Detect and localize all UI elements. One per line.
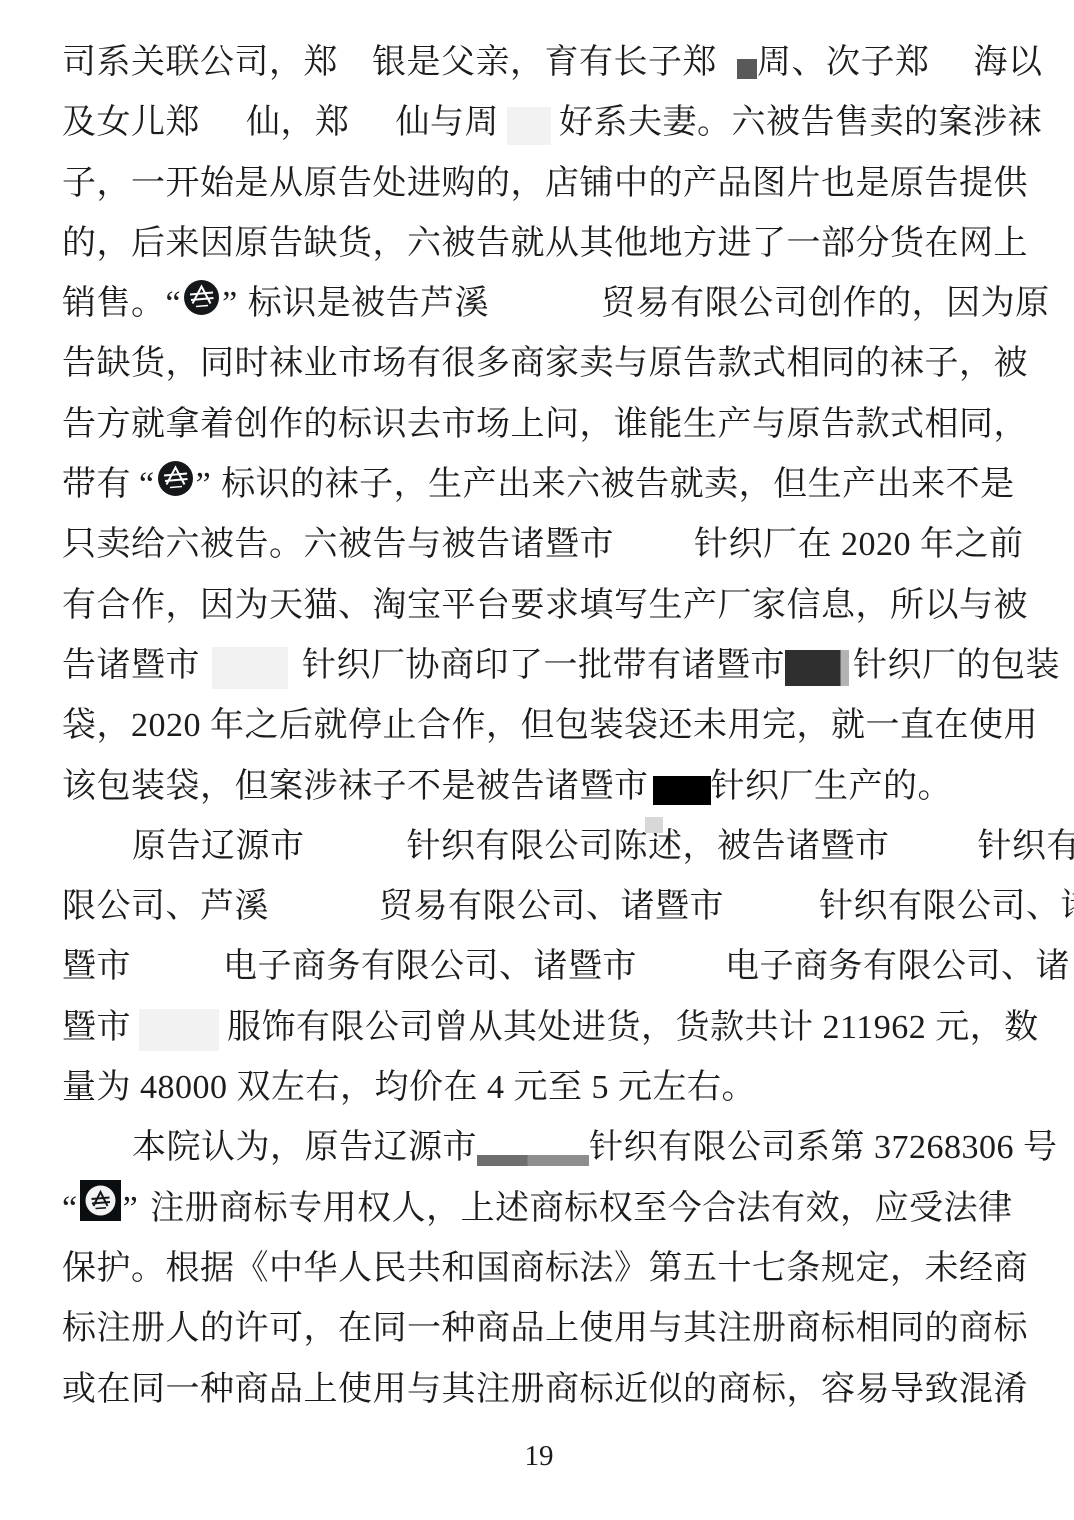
page-number: 19: [62, 1440, 1016, 1473]
redacted-name-gap: [338, 72, 372, 73]
text-segment: 标注册人的许可，在同一种商品上使用与其注册商标相同的商标: [62, 1310, 1028, 1347]
redacted-name-gap: [238, 313, 248, 314]
redacted-name-gap: [637, 976, 725, 977]
text-segment: 海以: [974, 44, 1043, 81]
text-segment: 的，后来因原告缺货，六被告就从其他地方进了一部分货在网上: [62, 225, 1028, 262]
redacted-name-gap: [131, 976, 223, 977]
redacted-name-gap: [200, 132, 246, 133]
text-line: 带有“ ”标识的袜子，生产出来六被告就卖，但生产出来不是: [62, 455, 1016, 515]
redacted-name-gap: [499, 132, 507, 133]
text-line: 只卖给六被告。六被告与被告诸暨市针织厂在 2020 年之前: [62, 515, 1016, 575]
paragraph-indent: [62, 1157, 132, 1158]
redacted-name-gap: [269, 916, 379, 917]
text-segment: 量为 48000 双左右，均价在 4 元至 5 元左右。: [62, 1069, 756, 1106]
trademark-logo-square-icon: [80, 1180, 121, 1241]
redacted-name-gap: [930, 72, 974, 73]
redacted-name-gap: [890, 856, 978, 857]
text-line: 暨市电子商务有限公司、诸暨市电子商务有限公司、诸: [62, 937, 1016, 997]
redacted-name-gap: [131, 1037, 139, 1038]
text-segment: 告诸暨市: [62, 647, 200, 684]
text-line: 有合作，因为天猫、淘宝平台要求填写生产厂家信息，所以与被: [62, 576, 1016, 636]
text-segment: 司系关联公司，郑: [62, 44, 338, 81]
redacted-name-gap: [350, 132, 396, 133]
redacted-name-gap: [724, 916, 819, 917]
text-segment: 针织厂生产的。: [711, 768, 953, 805]
text-line: “ ”注册商标专用权人，上述商标权至今合法有效，应受法律: [62, 1179, 1016, 1239]
text-segment: 该包装袋，但案涉袜子不是被告诸暨市: [62, 768, 649, 805]
text-segment: “: [62, 1190, 78, 1227]
text-segment: 电子商务有限公司、诸: [725, 948, 1070, 985]
text-line: 限公司、芦溪贸易有限公司、诸暨市针织有限公司、诸: [62, 877, 1016, 937]
text-segment: 针织有限公司陈述，被告诸暨市: [407, 828, 890, 865]
redacted-name-gap: [717, 72, 737, 73]
redacted-name-gap: [305, 856, 407, 857]
document-body: 司系关联公司，郑银是父亲，育有长子郑周、次子郑海以及女儿郑仙，郑仙与周好系夫妻。…: [62, 33, 1016, 1420]
redacted-name-gap: [489, 313, 601, 314]
text-segment: 针织厂的包装: [853, 647, 1060, 684]
text-line: 或在同一种商品上使用与其注册商标近似的商标，容易导致混淆: [62, 1360, 1016, 1420]
text-segment: 告方就拿着创作的标识去市场上问，谁能生产与原告款式相同，: [62, 406, 1028, 443]
text-segment: 标识是被告芦溪: [248, 285, 490, 322]
text-segment: 服饰有限公司曾从其处进货，货款共计 211962 元，数: [227, 1009, 1039, 1046]
text-line: 销售。“ ”标识是被告芦溪贸易有限公司创作的，因为原: [62, 274, 1016, 334]
text-segment: 原告辽源市: [132, 828, 305, 865]
text-line: 告诸暨市针织厂协商印了一批带有诸暨市针织厂的包装: [62, 636, 1016, 696]
text-line: 保护。根据《中华人民共和国商标法》第五十七条规定，未经商: [62, 1239, 1016, 1299]
text-segment: 暨市: [62, 948, 131, 985]
text-segment: 周、次子郑: [757, 44, 930, 81]
text-segment: 好系夫妻。六被告售卖的案涉袜: [559, 104, 1042, 141]
text-segment: 有合作，因为天猫、淘宝平台要求填写生产厂家信息，所以与被: [62, 587, 1028, 624]
text-segment: 保护。根据《中华人民共和国商标法》第五十七条规定，未经商: [62, 1250, 1028, 1287]
text-line: 标注册人的许可，在同一种商品上使用与其注册商标相同的商标: [62, 1299, 1016, 1359]
text-line: 暨市服饰有限公司曾从其处进货，货款共计 211962 元，数: [62, 998, 1016, 1058]
text-segment: 本院认为，原告辽源市: [132, 1129, 477, 1166]
text-line: 该包装袋，但案涉袜子不是被告诸暨市针织厂生产的。: [62, 757, 1016, 817]
redaction-black: [653, 776, 711, 805]
text-segment: 针织有: [978, 828, 1074, 865]
redaction-block: [139, 1009, 219, 1051]
text-line: 原告辽源市针织有限公司陈述，被告诸暨市针织有: [62, 817, 1016, 877]
text-line: 本院认为，原告辽源市针织有限公司系第 37268306 号: [62, 1118, 1016, 1178]
text-segment: ”: [222, 285, 238, 322]
text-segment: 注册商标专用权人，上述商标权至今合法有效，应受法律: [150, 1190, 1013, 1227]
trademark-logo-circle-icon: [183, 276, 220, 336]
text-segment: 银是父亲，育有长子郑: [372, 44, 717, 81]
text-line: 袋，2020 年之后就停止合作，但包装袋还未用完，就一直在使用: [62, 696, 1016, 756]
text-segment: 带有: [62, 466, 131, 503]
text-segment: 告缺货，同时袜业市场有很多商家卖与原告款式相同的袜子，被: [62, 345, 1028, 382]
paragraph-indent: [62, 856, 132, 857]
text-segment: 暨市: [62, 1009, 131, 1046]
text-line: 司系关联公司，郑银是父亲，育有长子郑周、次子郑海以: [62, 33, 1016, 93]
text-line: 量为 48000 双左右，均价在 4 元至 5 元左右。: [62, 1058, 1016, 1118]
redaction-block: [507, 107, 551, 145]
text-line: 子，一开始是从原告处进购的，店铺中的产品图片也是原告提供: [62, 154, 1016, 214]
text-segment: 限公司、芦溪: [62, 888, 269, 925]
redaction-block: [785, 650, 849, 686]
text-segment: 袋，2020 年之后就停止合作，但包装袋还未用完，就一直在使用: [62, 707, 1038, 744]
text-segment: 仙，郑: [246, 104, 350, 141]
text-segment: 针织厂在 2020 年之前: [694, 526, 1024, 563]
text-line: 及女儿郑仙，郑仙与周好系夫妻。六被告售卖的案涉袜: [62, 93, 1016, 153]
redacted-name-gap: [288, 675, 302, 676]
redacted-name-gap: [219, 1037, 227, 1038]
redacted-name-gap: [614, 554, 694, 555]
redaction-block: [653, 759, 711, 819]
text-segment: 或在同一种商品上使用与其注册商标近似的商标，容易导致混淆: [62, 1371, 1028, 1408]
redaction-block: [737, 59, 757, 79]
document-page: 司系关联公司，郑银是父亲，育有长子郑周、次子郑海以及女儿郑仙，郑仙与周好系夫妻。…: [0, 0, 1074, 1520]
redacted-name-gap: [138, 1218, 150, 1219]
text-segment: 仙与周: [396, 104, 500, 141]
text-line: 告缺货，同时袜业市场有很多商家卖与原告款式相同的袜子，被: [62, 334, 1016, 394]
text-segment: 标识的袜子，生产出来六被告就卖，但生产出来不是: [221, 466, 1015, 503]
text-line: 的，后来因原告缺货，六被告就从其他地方进了一部分货在网上: [62, 214, 1016, 274]
text-segment: 贸易有限公司创作的，因为原: [601, 285, 1050, 322]
text-segment: 销售。“: [62, 285, 181, 322]
text-segment: 子，一开始是从原告处进购的，店铺中的产品图片也是原告提供: [62, 165, 1028, 202]
text-segment: 针织有限公司系第 37268306 号: [589, 1129, 1058, 1166]
text-segment: 贸易有限公司、诸暨市: [379, 888, 724, 925]
redacted-name-gap: [551, 132, 559, 133]
text-segment: 电子商务有限公司、诸暨市: [223, 948, 637, 985]
text-segment: 及女儿郑: [62, 104, 200, 141]
text-segment: 针织有限公司、诸: [819, 888, 1074, 925]
redaction-smudge: [645, 817, 663, 833]
text-segment: “: [139, 466, 155, 503]
redacted-name-gap: [211, 494, 221, 495]
redacted-name-gap: [200, 675, 212, 676]
text-line: 告方就拿着创作的标识去市场上问，谁能生产与原告款式相同，: [62, 395, 1016, 455]
text-segment: ”: [196, 466, 212, 503]
redacted-name-gap: [131, 494, 139, 495]
text-segment: 针织厂协商印了一批带有诸暨市: [302, 647, 785, 684]
redaction-block: [212, 647, 288, 689]
redaction-block: [477, 1155, 589, 1166]
text-segment: ”: [123, 1190, 139, 1227]
trademark-logo-circle-icon: [157, 457, 194, 517]
text-segment: 只卖给六被告。六被告与被告诸暨市: [62, 526, 614, 563]
